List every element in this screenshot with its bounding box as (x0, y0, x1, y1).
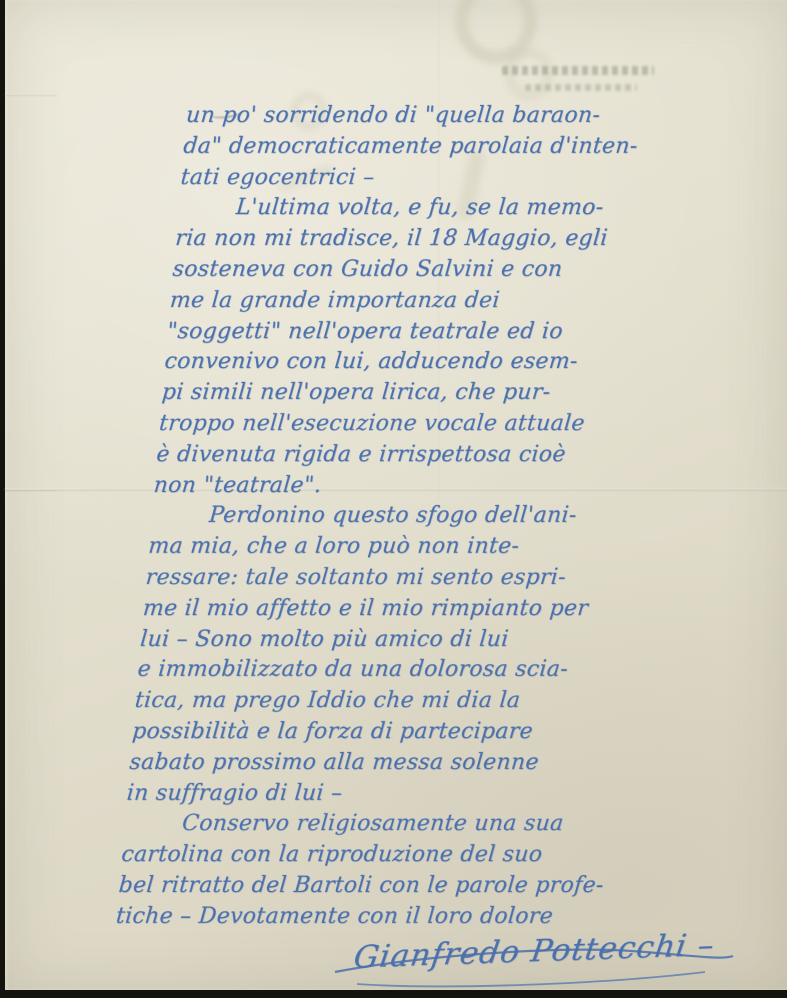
scan-background: un po' sorridendo di "quella baraon-da" … (0, 0, 787, 998)
letter-line: pi simili nell'opera lirica, che pur- (160, 378, 738, 409)
letter-line: da" democraticamente parolaia d'inten- (182, 132, 760, 163)
letter-line: ma mia, che a loro può non inte- (147, 532, 725, 563)
letter-line: possibilità e la forza di partecipare (131, 717, 709, 748)
signature: Gianfredo Pottecchi – (351, 927, 717, 975)
letter-line: Perdonino questo sfogo dell'ani- (150, 501, 728, 532)
letter-line: ressare: tale soltanto mi sento espri- (144, 563, 722, 594)
letter-line: me la grande importanza dei (169, 286, 747, 317)
letter-line: troppo nell'esecuzione vocale attuale (158, 409, 736, 440)
letter-line: sosteneva con Guido Salvini e con (171, 255, 749, 286)
letter-line: convenivo con lui, adducendo esem- (163, 347, 741, 378)
fold-crease-mark (5, 489, 57, 491)
letter-line: tiche – Devotamente con il loro dolore (115, 902, 693, 933)
letter-line: Conservo religiosamente una sua (123, 809, 701, 840)
letter-line: e immobilizzato da una dolorosa scia- (136, 655, 714, 686)
letter-body: un po' sorridendo di "quella baraon-da" … (115, 101, 763, 933)
letter-line: lui – Sono molto più amico di lui (139, 625, 717, 656)
letter-line: è divenuta rigida e irrispettosa cioè (155, 440, 733, 471)
letter-line: in suffragio di lui – (125, 779, 703, 810)
letter-line: ria non mi tradisce, il 18 Maggio, egli (174, 224, 752, 255)
letter-line: L'ultima volta, e fu, se la memo- (177, 193, 755, 224)
letter-line: non "teatrale". (152, 471, 730, 502)
bleedthrough-letterhead-line2 (525, 84, 637, 91)
fold-crease-mark (5, 94, 57, 96)
letter-line: me il mio affetto e il mio rimpianto per (142, 594, 720, 625)
letter-line: cartolina con la riproduzione del suo (120, 840, 698, 871)
letter-line: bel ritratto del Bartoli con le parole p… (117, 871, 695, 902)
letter-line: tati egocentrici – (179, 163, 757, 194)
letter-line: tica, ma prego Iddio che mi dia la (133, 686, 711, 717)
letter-line: sabato prossimo alla messa solenne (128, 748, 706, 779)
bleedthrough-letterhead-line1 (502, 66, 654, 75)
letter-line: un po' sorridendo di "quella baraon- (185, 101, 763, 132)
letter-line: "soggetti" nell'opera teatrale ed io (166, 317, 744, 348)
letter-page: un po' sorridendo di "quella baraon-da" … (5, 0, 787, 990)
